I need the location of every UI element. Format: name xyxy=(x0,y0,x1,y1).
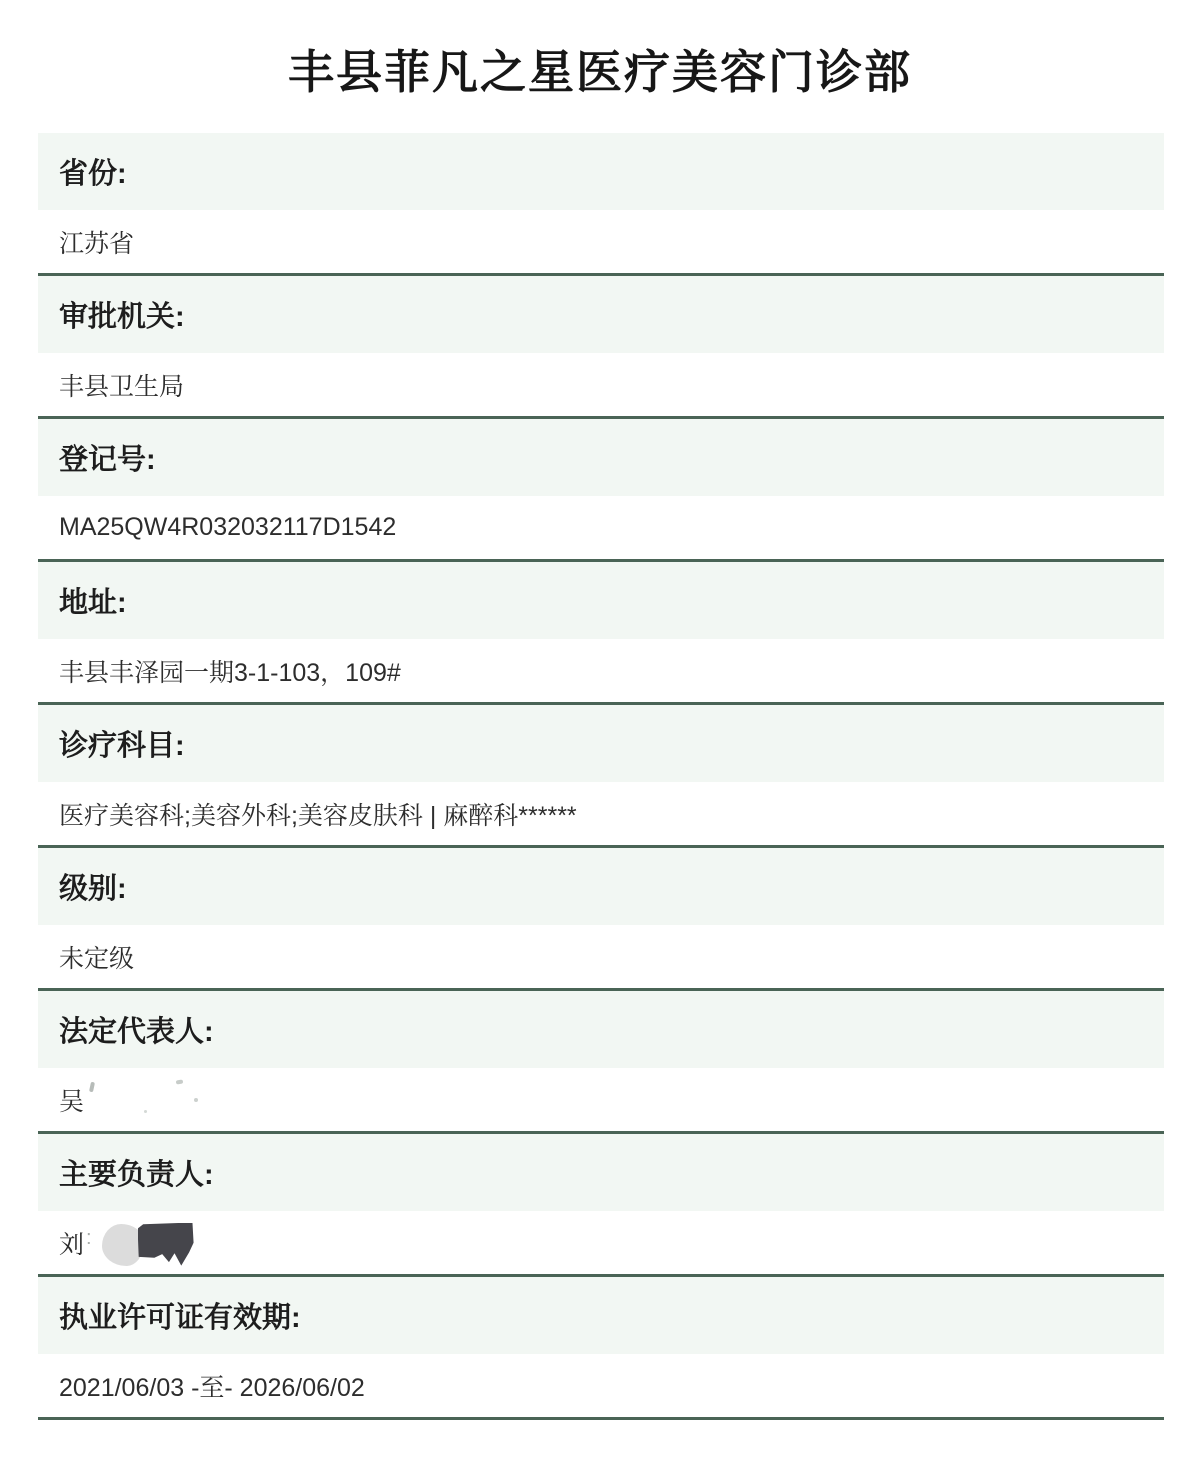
field-value-license-validity: 2021/06/03 -至- 2026/06/02 xyxy=(38,1354,1164,1417)
field-label-province: 省份: xyxy=(38,133,1164,210)
field-value-legal-representative: 吴 xyxy=(38,1068,1164,1131)
field-label-treatment-subjects: 诊疗科目: xyxy=(38,705,1164,782)
field-value-province: 江苏省 xyxy=(38,210,1164,273)
field-label-level: 级别: xyxy=(38,848,1164,925)
field-registration-number: 登记号: MA25QW4R032032117D1542 xyxy=(38,419,1164,562)
page-title: 丰县菲凡之星医疗美容门诊部 xyxy=(0,0,1200,102)
field-value-approval-authority: 丰县卫生局 xyxy=(38,353,1164,416)
field-license-validity: 执业许可证有效期: 2021/06/03 -至- 2026/06/02 xyxy=(38,1277,1164,1420)
redaction-faint-marks: : xyxy=(86,1227,94,1250)
field-approval-authority: 审批机关: 丰县卫生局 xyxy=(38,276,1164,419)
field-treatment-subjects: 诊疗科目: 医疗美容科;美容外科;美容皮肤科 | 麻醉科****** xyxy=(38,705,1164,848)
redaction-blob-dark xyxy=(138,1223,194,1267)
legal-representative-surname: 吴 xyxy=(59,1082,84,1118)
field-label-principal-person: 主要负责人: xyxy=(38,1134,1164,1211)
principal-person-surname: 刘 xyxy=(59,1225,84,1261)
field-label-address: 地址: xyxy=(38,562,1164,639)
license-detail-page: 丰县菲凡之星医疗美容门诊部 省份: 江苏省 审批机关: 丰县卫生局 登记号: M… xyxy=(0,0,1200,1420)
info-list: 省份: 江苏省 审批机关: 丰县卫生局 登记号: MA25QW4R0320321… xyxy=(38,133,1164,1420)
field-label-approval-authority: 审批机关: xyxy=(38,276,1164,353)
field-address: 地址: 丰县丰泽园一期3-1-103，109# xyxy=(38,562,1164,705)
field-value-principal-person: 刘 : xyxy=(38,1211,1164,1274)
field-value-registration-number: MA25QW4R032032117D1542 xyxy=(38,496,1164,559)
redaction-smudge xyxy=(84,1076,304,1124)
redaction-blob-light xyxy=(102,1224,144,1266)
field-legal-representative: 法定代表人: 吴 xyxy=(38,991,1164,1134)
field-label-license-validity: 执业许可证有效期: xyxy=(38,1277,1164,1354)
field-value-address: 丰县丰泽园一期3-1-103，109# xyxy=(38,639,1164,702)
field-value-level: 未定级 xyxy=(38,925,1164,988)
field-principal-person: 主要负责人: 刘 : xyxy=(38,1134,1164,1277)
field-value-treatment-subjects: 医疗美容科;美容外科;美容皮肤科 | 麻醉科****** xyxy=(38,782,1164,845)
field-level: 级别: 未定级 xyxy=(38,848,1164,991)
field-label-legal-representative: 法定代表人: xyxy=(38,991,1164,1068)
field-label-registration-number: 登记号: xyxy=(38,419,1164,496)
field-province: 省份: 江苏省 xyxy=(38,133,1164,276)
